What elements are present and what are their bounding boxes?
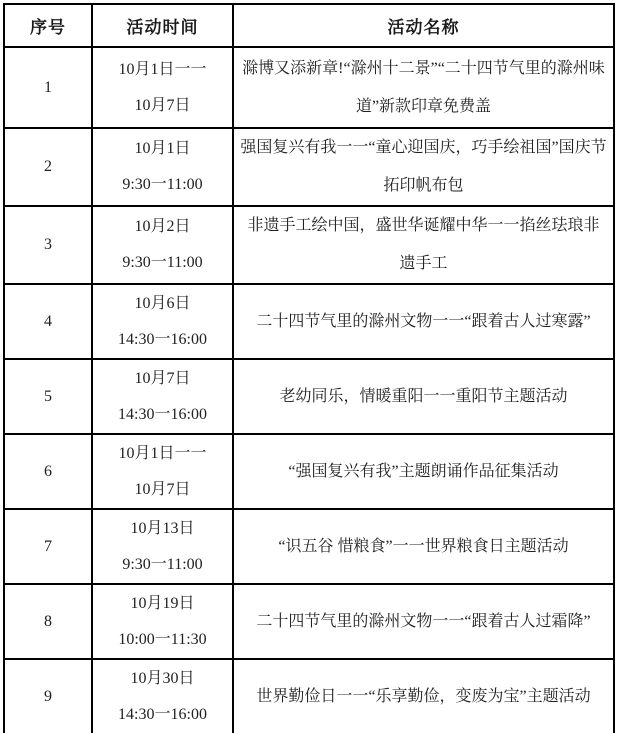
activity-name: 二十四节气里的滁州文物一一“跟着古人过寒露” (256, 303, 590, 341)
row-time-cell: 10月19日 10:00一11:30 (92, 584, 233, 659)
row-index-cell: 8 (4, 584, 92, 659)
table-row: 8 10月19日 10:00一11:30 二十四节气里的滁州文物一一“跟着古人过… (4, 584, 614, 659)
time-line-1: 10月30日 (93, 661, 232, 697)
row-index-cell: 6 (4, 434, 92, 509)
row-time-cell: 10月7日 14:30一16:00 (92, 359, 233, 434)
row-index: 2 (44, 158, 52, 175)
table-row: 5 10月7日 14:30一16:00 老幼同乐，情暖重阳一一重阳节主题活动 (4, 359, 614, 434)
table-row: 4 10月6日 14:30一16:00 二十四节气里的滁州文物一一“跟着古人过寒… (4, 284, 614, 359)
table-header: 序号 活动时间 活动名称 (4, 4, 614, 47)
time-line-1: 10月19日 (93, 586, 232, 622)
row-index: 7 (44, 538, 52, 555)
table-row: 7 10月13日 9:30一11:00 “识五谷 惜粮食”一一世界粮食日主题活动 (4, 509, 614, 584)
row-name-cell: 非遗手工绘中国，盛世华诞耀中华一一掐丝珐琅非遗手工 (233, 206, 614, 284)
col-header-index: 序号 (4, 4, 92, 47)
col-header-name: 活动名称 (233, 4, 614, 47)
row-time-cell: 10月30日 14:30一16:00 (92, 659, 233, 733)
row-time-cell: 10月1日 9:30一11:00 (92, 128, 233, 206)
row-index-cell: 4 (4, 284, 92, 359)
row-time-cell: 10月13日 9:30一11:00 (92, 509, 233, 584)
row-time-cell: 10月1日一一 10月7日 (92, 434, 233, 509)
row-name-cell: 老幼同乐，情暖重阳一一重阳节主题活动 (233, 359, 614, 434)
time-line-2: 10月7日 (93, 88, 232, 124)
row-name-cell: 二十四节气里的滁州文物一一“跟着古人过寒露” (233, 284, 614, 359)
table-body: 1 10月1日一一 10月7日 滁博又添新章!“滁州十二景”“二十四节气里的滁州… (4, 47, 614, 733)
row-index: 3 (44, 236, 52, 253)
activity-name: “识五谷 惜粮食”一一世界粮食日主题活动 (278, 528, 568, 566)
row-index: 4 (44, 313, 52, 330)
time-line-1: 10月1日 (93, 131, 232, 167)
time-line-2: 10月7日 (93, 472, 232, 508)
row-name-cell: 强国复兴有我一一“童心迎国庆，巧手绘祖国”国庆节拓印帆布包 (233, 128, 614, 206)
time-line-2: 9:30一11:00 (93, 245, 232, 281)
time-line-2: 10:00一11:30 (93, 622, 232, 658)
row-name-cell: “识五谷 惜粮食”一一世界粮食日主题活动 (233, 509, 614, 584)
activity-schedule-table: 序号 活动时间 活动名称 1 10月1日一一 10月7日 滁博又添新章!“滁州十… (3, 3, 615, 733)
row-time-cell: 10月1日一一 10月7日 (92, 47, 233, 128)
time-line-1: 10月1日一一 (93, 52, 232, 88)
row-index-cell: 3 (4, 206, 92, 284)
table-row: 1 10月1日一一 10月7日 滁博又添新章!“滁州十二景”“二十四节气里的滁州… (4, 47, 614, 128)
row-index-cell: 1 (4, 47, 92, 128)
row-name-cell: “强国复兴有我”主题朗诵作品征集活动 (233, 434, 614, 509)
row-time-cell: 10月2日 9:30一11:00 (92, 206, 233, 284)
activity-name: 二十四节气里的滁州文物一一“跟着古人过霜降” (256, 603, 590, 641)
time-line-1: 10月2日 (93, 209, 232, 245)
time-line-2: 9:30一11:00 (93, 167, 232, 203)
time-line-1: 10月6日 (93, 286, 232, 322)
time-line-1: 10月13日 (93, 511, 232, 547)
time-line-2: 14:30一16:00 (93, 697, 232, 733)
time-line-2: 9:30一11:00 (93, 547, 232, 583)
row-name-cell: 滁博又添新章!“滁州十二景”“二十四节气里的滁州味道”新款印章免费盖 (233, 47, 614, 128)
row-index-cell: 7 (4, 509, 92, 584)
time-line-1: 10月7日 (93, 361, 232, 397)
table-header-row: 序号 活动时间 活动名称 (4, 4, 614, 47)
row-index: 5 (44, 388, 52, 405)
table-row: 9 10月30日 14:30一16:00 世界勤俭日一一“乐享勤俭，变废为宝”主… (4, 659, 614, 733)
time-line-2: 14:30一16:00 (93, 322, 232, 358)
row-index-cell: 5 (4, 359, 92, 434)
activity-name: “强国复兴有我”主题朗诵作品征集活动 (288, 453, 558, 491)
table-row: 3 10月2日 9:30一11:00 非遗手工绘中国，盛世华诞耀中华一一掐丝珐琅… (4, 206, 614, 284)
activity-name: 滁博又添新章!“滁州十二景”“二十四节气里的滁州味道”新款印章免费盖 (240, 50, 607, 126)
document-page: 序号 活动时间 活动名称 1 10月1日一一 10月7日 滁博又添新章!“滁州十… (0, 0, 619, 733)
activity-name: 强国复兴有我一一“童心迎国庆，巧手绘祖国”国庆节拓印帆布包 (240, 129, 607, 205)
row-name-cell: 二十四节气里的滁州文物一一“跟着古人过霜降” (233, 584, 614, 659)
row-index: 6 (44, 463, 52, 480)
row-time-cell: 10月6日 14:30一16:00 (92, 284, 233, 359)
col-header-time: 活动时间 (92, 4, 233, 47)
row-index-cell: 9 (4, 659, 92, 733)
table-row: 6 10月1日一一 10月7日 “强国复兴有我”主题朗诵作品征集活动 (4, 434, 614, 509)
row-name-cell: 世界勤俭日一一“乐享勤俭，变废为宝”主题活动 (233, 659, 614, 733)
time-line-1: 10月1日一一 (93, 436, 232, 472)
row-index: 9 (44, 688, 52, 705)
time-line-2: 14:30一16:00 (93, 397, 232, 433)
activity-name: 老幼同乐，情暖重阳一一重阳节主题活动 (279, 378, 567, 416)
activity-name: 非遗手工绘中国，盛世华诞耀中华一一掐丝珐琅非遗手工 (240, 207, 607, 283)
activity-name: 世界勤俭日一一“乐享勤俭，变废为宝”主题活动 (256, 678, 590, 716)
table-row: 2 10月1日 9:30一11:00 强国复兴有我一一“童心迎国庆，巧手绘祖国”… (4, 128, 614, 206)
row-index: 8 (44, 613, 52, 630)
row-index-cell: 2 (4, 128, 92, 206)
row-index: 1 (44, 79, 52, 96)
